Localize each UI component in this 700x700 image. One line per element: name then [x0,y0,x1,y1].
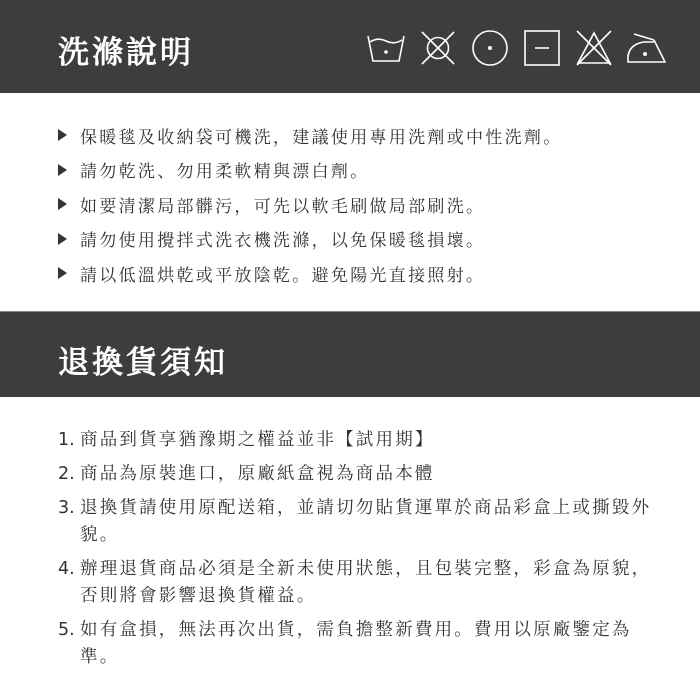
list-item: 1. 商品到貨享猶豫期之權益並非【試用期】 [58,427,668,454]
return-policy-list: 1. 商品到貨享猶豫期之權益並非【試用期】 2. 商品為原裝進口，原廠紙盒視為商… [58,427,668,678]
wash-item-text: 請以低溫烘乾或平放陰乾。避免陽光直接照射。 [80,261,485,286]
do-not-bleach-icon [574,28,614,68]
list-item: 保暖毯及收納袋可機洗，建議使用專用洗劑或中性洗劑。 [56,118,563,153]
wash-instructions-list: 保暖毯及收納袋可機洗，建議使用專用洗劑或中性洗劑。 請勿乾洗、勿用柔軟精與漂白劑… [56,118,563,291]
return-item-text: 商品到貨享猶豫期之權益並非【試用期】 [80,427,668,454]
wash-item-text: 請勿使用攪拌式洗衣機洗滌，以免保暖毯損壞。 [80,226,485,251]
return-item-text: 退換貨請使用原配送箱，並請切勿貼貨運單於商品彩盒上或撕毀外貌。 [80,495,668,549]
triangle-bullet-icon [58,233,67,245]
triangle-bullet-icon [58,198,67,210]
triangle-bullet-icon [58,164,67,176]
wash-item-text: 保暖毯及收納袋可機洗，建議使用專用洗劑或中性洗劑。 [80,123,563,148]
list-item: 請勿使用攪拌式洗衣機洗滌，以免保暖毯損壞。 [56,222,563,257]
wash-item-text: 請勿乾洗、勿用柔軟精與漂白劑。 [80,157,370,182]
return-policy-header: 退換貨須知 [0,311,700,397]
dry-flat-icon [522,28,562,68]
return-policy-title: 退換貨須知 [58,337,228,382]
list-item: 2. 商品為原裝進口，原廠紙盒視為商品本體 [58,461,668,488]
list-item: 如要清潔局部髒污，可先以軟毛刷做局部刷洗。 [56,187,563,222]
item-number: 5. [58,617,80,671]
triangle-bullet-icon [58,129,67,141]
do-not-tumble-dry-icon [418,28,458,68]
wash-item-text: 如要清潔局部髒污，可先以軟毛刷做局部刷洗。 [80,192,485,217]
list-item: 請勿乾洗、勿用柔軟精與漂白劑。 [56,153,563,188]
iron-low-heat-icon [626,28,666,68]
list-item: 請以低溫烘乾或平放陰乾。避免陽光直接照射。 [56,256,563,291]
wash-instructions-title: 洗滌說明 [58,27,194,72]
care-symbols [366,28,678,68]
item-number: 4. [58,556,80,610]
triangle-bullet-icon [58,267,67,279]
list-item: 4. 辦理退貨商品必須是全新未使用狀態，且包裝完整，彩盒為原貌，否則將會影響退換… [58,556,668,610]
return-item-text: 如有盒損，無法再次出貨，需負擔整新費用。費用以原廠鑒定為準。 [80,617,668,671]
list-item: 5. 如有盒損，無法再次出貨，需負擔整新費用。費用以原廠鑒定為準。 [58,617,668,671]
item-number: 2. [58,461,80,488]
dry-clean-circle-icon [470,28,510,68]
item-number: 1. [58,427,80,454]
return-item-text: 辦理退貨商品必須是全新未使用狀態，且包裝完整，彩盒為原貌，否則將會影響退換貨權益… [80,556,668,610]
list-item: 3. 退換貨請使用原配送箱，並請切勿貼貨運單於商品彩盒上或撕毀外貌。 [58,495,668,549]
return-item-text: 商品為原裝進口，原廠紙盒視為商品本體 [80,461,668,488]
hand-wash-basin-icon [366,28,406,68]
item-number: 3. [58,495,80,549]
wash-instructions-header: 洗滌說明 [0,0,700,93]
